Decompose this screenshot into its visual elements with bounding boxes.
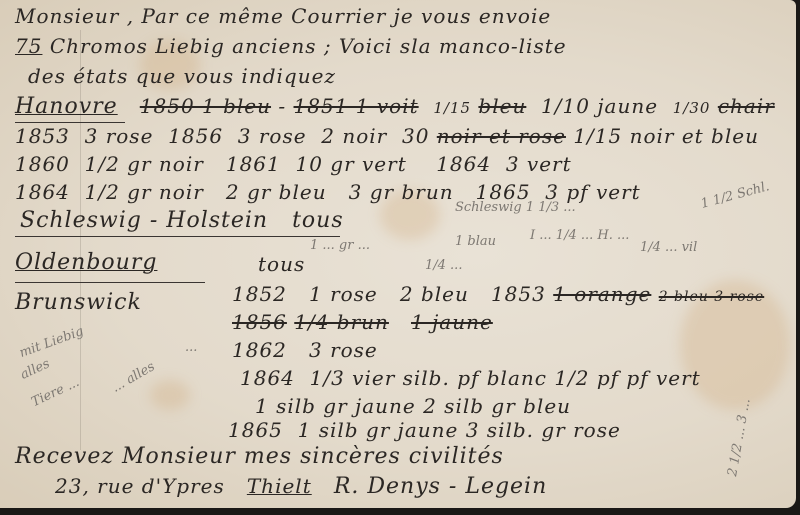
struck-text: 1 jaune: [411, 310, 493, 334]
pencil-note: 1 1/2 Schl.: [699, 179, 771, 212]
letter-line-1: Monsieur , Par ce même Courrier je vous …: [15, 4, 551, 28]
stamp-value: 1/3 vier silb. pf blanc 1/2 pf pf vert: [310, 366, 701, 390]
row-schleswig: Schleswig - Holstein tous: [20, 208, 344, 233]
state-brunswick: Brunswick: [15, 290, 142, 315]
row-1860: 1860 1/2 gr noir 1861 10 gr vert 1864 3 …: [15, 152, 572, 176]
stamp-value: 3 gr brun: [349, 180, 454, 204]
pencil-note: 1 ... gr ...: [310, 238, 370, 253]
brunswick-row: 1856 1/4 brun 1 jaune: [232, 310, 493, 334]
letter-line-2-text: Chromos Liebig anciens ; Voici sla manco…: [50, 34, 567, 58]
struck-text: 1850 1 bleu: [140, 94, 271, 118]
letter-line-2: 75 Chromos Liebig anciens ; Voici sla ma…: [15, 34, 567, 58]
row-oldenbourg: Oldenbourg: [15, 250, 157, 275]
year: 1856: [232, 310, 287, 334]
year: 1856: [168, 124, 223, 148]
underline: [15, 282, 205, 283]
letter-line-3: des états que vous indiquez: [28, 64, 336, 88]
stamp-value: tous: [292, 208, 344, 233]
stamp-value: 1/10 jaune: [541, 94, 658, 118]
count-75: 75: [15, 34, 42, 58]
fraction: 1/15: [433, 99, 471, 117]
struck-text: 1 orange: [553, 282, 651, 306]
city: Thielt: [247, 474, 312, 498]
state-hanovre: Hanovre: [15, 94, 118, 119]
pencil-note: ...: [185, 340, 197, 355]
fraction: 30: [402, 124, 429, 148]
brunswick-row: 1852 1 rose 2 bleu 1853 1 orange 2 bleu …: [232, 282, 764, 306]
year: 1853: [491, 282, 546, 306]
state-oldenbourg: Oldenbourg: [15, 250, 157, 275]
postcard: Monsieur , Par ce même Courrier je vous …: [0, 0, 796, 508]
year: 1861: [226, 152, 281, 176]
pencil-note: mit Liebig: [17, 324, 85, 361]
underline: [15, 122, 125, 123]
brunswick-row: 1 silb gr jaune 2 silb gr bleu: [255, 394, 571, 418]
stamp-value: 1/2 gr noir: [85, 180, 204, 204]
struck-text: chair: [718, 94, 775, 118]
year: 1860: [15, 152, 70, 176]
stamp-value: 3 rose: [309, 338, 378, 362]
struck-text: 2 bleu 3 rose: [659, 289, 765, 305]
stamp-value: 1 silb gr jaune 3 silb. gr rose: [298, 418, 621, 442]
struck-text: noir et rose: [437, 124, 566, 148]
year: 1852: [232, 282, 287, 306]
sender-address: 23, rue d'Ypres Thielt R. Denys - Legein: [55, 474, 547, 499]
oldenbourg-value: tous: [258, 252, 305, 276]
stamp-value: 2 noir: [321, 124, 387, 148]
stamp-value: 3 vert: [506, 152, 572, 176]
signature: R. Denys - Legein: [334, 474, 547, 499]
stamp-value: 1/15 noir et bleu: [573, 124, 759, 148]
dash: -: [278, 94, 293, 118]
pencil-note: Schleswig 1 1/3 ...: [455, 200, 576, 215]
stamp-value: 10 gr vert: [295, 152, 406, 176]
stamp-value: 2 gr bleu: [226, 180, 327, 204]
underline: [15, 236, 340, 237]
state-schleswig-holstein: Schleswig - Holstein: [20, 208, 268, 233]
pencil-note: I ... 1/4 ... H. ...: [530, 228, 629, 243]
stamp-value: 1/4 brun: [294, 310, 389, 334]
stamp-value: 1/2 gr noir: [85, 152, 204, 176]
pencil-note: Tiere ...: [29, 375, 82, 410]
struck-text: bleu: [478, 94, 526, 118]
stamp-value: 2 bleu: [400, 282, 469, 306]
year: 1865: [228, 418, 283, 442]
stamp-value: 1 rose: [309, 282, 378, 306]
brunswick-row: 1865 1 silb gr jaune 3 silb. gr rose: [228, 418, 621, 442]
year: 1864: [436, 152, 491, 176]
address: 23, rue d'Ypres: [55, 474, 225, 498]
closing: Recevez Monsieur mes sincères civilités: [15, 444, 504, 469]
year: 1862: [232, 338, 287, 362]
year: 1864: [15, 180, 70, 204]
stain: [150, 380, 190, 410]
stamp-value: 3 rose: [238, 124, 307, 148]
fraction: 1/30: [673, 99, 711, 117]
stamp-value: 3 rose: [85, 124, 154, 148]
brunswick-row: 1862 3 rose: [232, 338, 378, 362]
year: 1864: [240, 366, 295, 390]
row-1853: 1853 3 rose 1856 3 rose 2 noir 30 noir e…: [15, 124, 759, 148]
pencil-note: 1/4 ...: [425, 258, 462, 273]
pencil-note: 1 blau: [455, 234, 496, 249]
row-hanovre: Hanovre 1850 1 bleu - 1851 1 voit 1/15 b…: [15, 94, 775, 119]
brunswick-row: 1864 1/3 vier silb. pf blanc 1/2 pf pf v…: [240, 366, 701, 390]
pencil-note: 1/4 ... vil: [640, 240, 697, 255]
year: 1853: [15, 124, 70, 148]
struck-text: 1851 1 voit: [294, 94, 419, 118]
